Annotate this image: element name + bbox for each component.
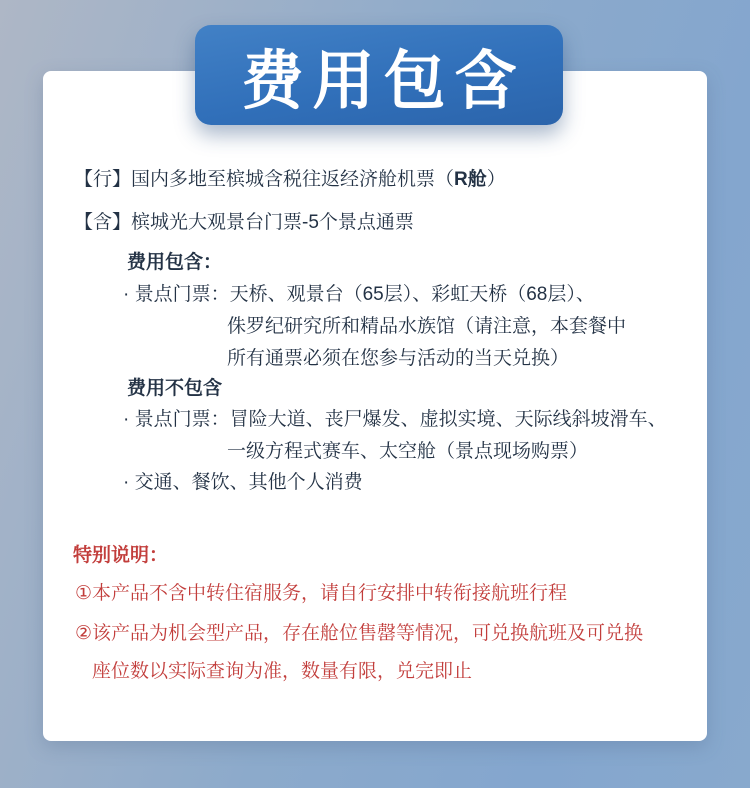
content-card: 【行】国内多地至槟城含税往返经济舱机票（R舱） 【含】槟城光大观景台门票-5个景… — [43, 71, 707, 741]
special-note-1: ①本产品不含中转住宿服务，请自行安排中转衔接航班行程 — [75, 582, 567, 605]
fee-exclude-other-line: · 交通、餐饮、其他个人消费 — [123, 471, 363, 494]
page-title: 费用包含 — [241, 29, 525, 122]
page-background: 费用包含 【行】国内多地至槟城含税往返经济舱机票（R舱） 【含】槟城光大观景台门… — [0, 0, 750, 788]
fee-include-heading: 费用包含： — [127, 251, 222, 274]
flight-summary-line: 【行】国内多地至槟城含税往返经济舱机票（R舱） — [74, 168, 506, 191]
flight-summary-suffix: ） — [487, 169, 506, 190]
special-note-2-line-1: ②该产品为机会型产品，存在舱位售罄等情况，可兑换航班及可兑换 — [75, 622, 643, 645]
fee-include-tickets-line-3: 所有通票必须在您参与活动的当天兑换） — [227, 347, 569, 370]
flight-summary-prefix: 【行】国内多地至槟城含税往返经济舱机票（ — [74, 169, 454, 190]
special-note-2-line-2: 座位数以实际查询为准，数量有限，兑完即止 — [92, 660, 472, 683]
fee-exclude-heading: 费用不包含 — [127, 377, 222, 400]
cabin-class-bold: R舱 — [454, 169, 487, 190]
special-notes-heading: 特别说明： — [73, 544, 168, 567]
fee-exclude-tickets-line-2: 一级方程式赛车、太空舱（景点现场购票） — [227, 440, 588, 463]
fee-include-tickets-line-2: 侏罗纪研究所和精品水族馆（请注意，本套餐中 — [227, 315, 626, 338]
title-banner: 费用包含 — [195, 25, 563, 125]
fee-exclude-tickets-line-1: · 景点门票：冒险大道、丧尸爆发、虚拟实境、天际线斜坡滑车、 — [123, 408, 667, 431]
inclusion-summary-line: 【含】槟城光大观景台门票-5个景点通票 — [74, 211, 414, 234]
fee-include-tickets-line-1: · 景点门票：天桥、观景台（65层）、彩虹天桥（68层）、 — [123, 283, 595, 306]
